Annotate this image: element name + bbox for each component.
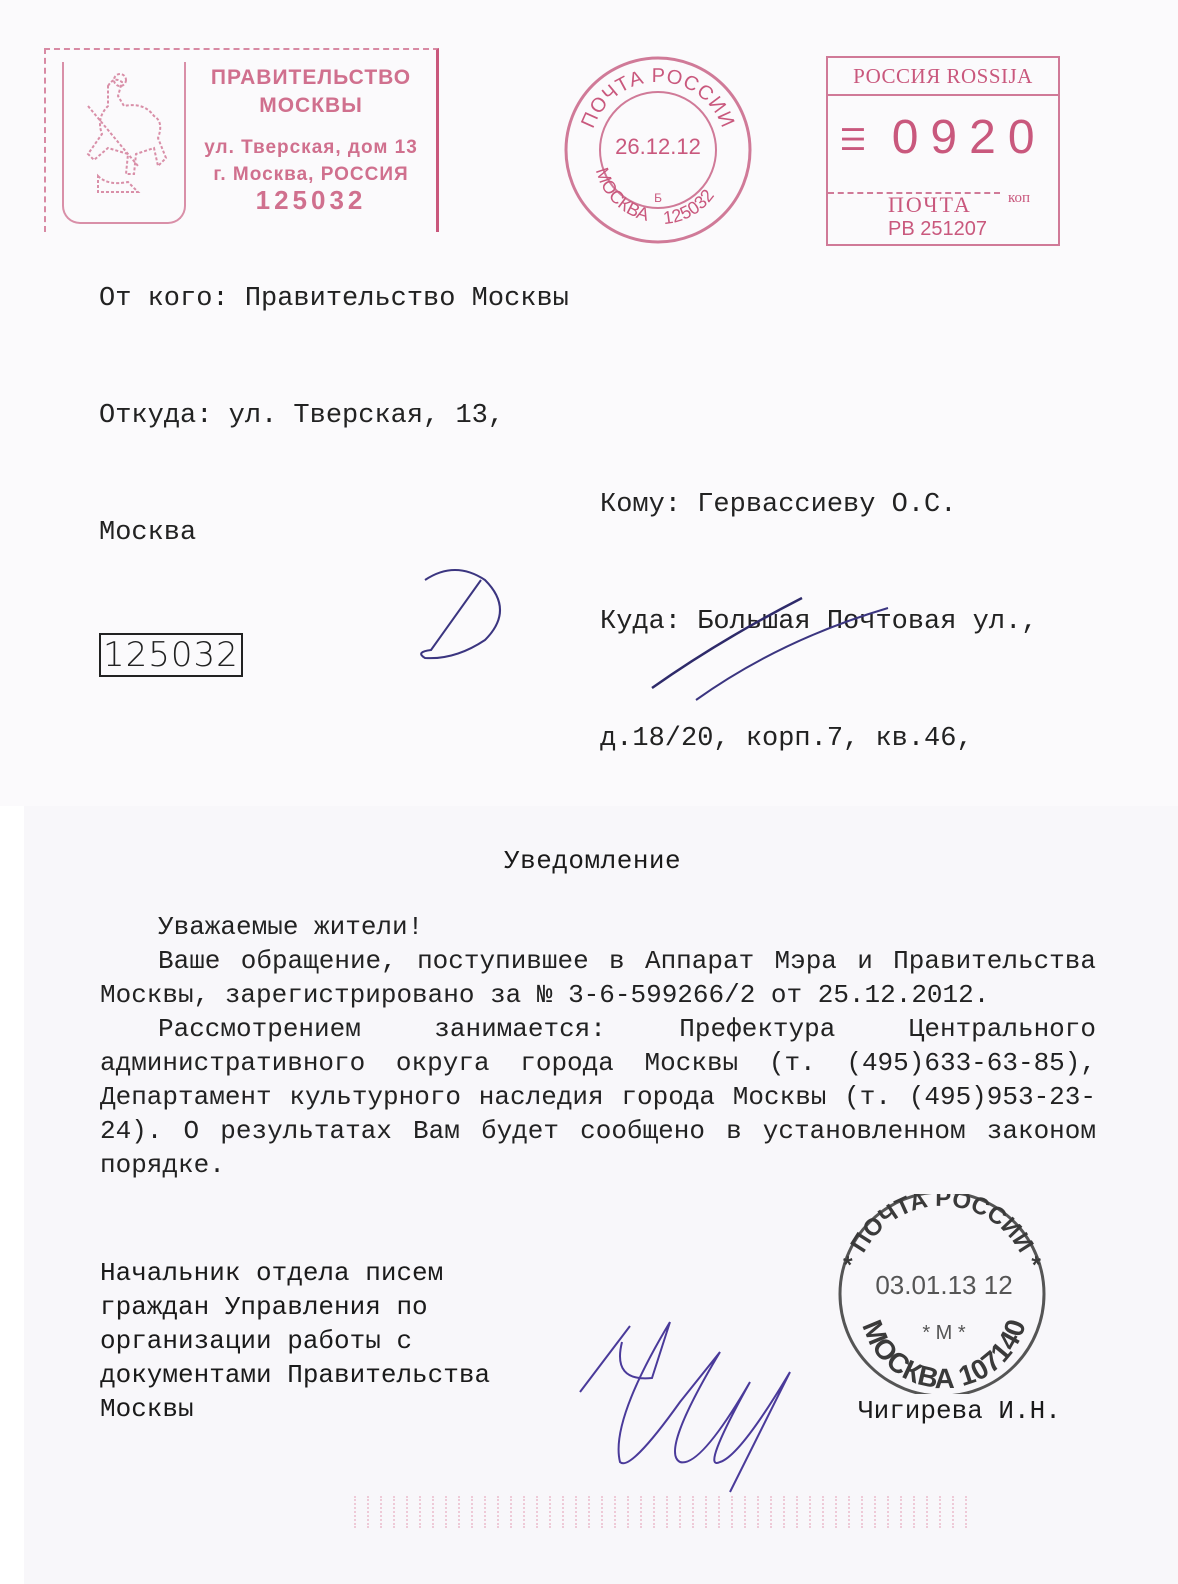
sender-zip: 125032	[99, 633, 243, 677]
handwritten-d-mark-icon	[415, 560, 525, 660]
meter-unit: коп	[1008, 190, 1030, 207]
moscow-coat-of-arms-icon	[62, 62, 186, 224]
svg-text:* ПОЧТА РОССИИ *: * ПОЧТА РОССИИ *	[838, 1194, 1047, 1272]
meter-value: ☰ 0920	[828, 110, 1058, 165]
meter-amount: 0920	[892, 111, 1047, 164]
postmark-circle-icon: * ПОЧТА РОССИИ * МОСКВА 107140 03.01.13 …	[824, 1194, 1064, 1394]
postmark-circle-icon: ПОЧТА РОССИИ МОСКВА 125032 26.12.12 Б	[560, 52, 756, 248]
sender-block: От кого: Правительство Москвы Откуда: ул…	[99, 202, 569, 758]
postmark-moscow-125032: ПОЧТА РОССИИ МОСКВА 125032 26.12.12 Б	[560, 52, 756, 248]
gov-stamp-line3: ул. Тверская, дом 13	[188, 134, 434, 162]
letter-body: Уважаемые жители! Ваше обращение, поступ…	[100, 910, 1096, 1182]
meter-country: РОССИЯ ROSSIJA	[828, 58, 1058, 96]
notification-letter: Уведомление Уважаемые жители! Ваше обращ…	[24, 806, 1178, 1584]
sender-address-line1: Откуда: ул. Тверская, 13,	[99, 397, 569, 436]
envelope: ПРАВИТЕЛЬСТВО МОСКВЫ ул. Тверская, дом 1…	[0, 0, 1178, 806]
postmark2-letter: * М *	[922, 1322, 966, 1344]
svg-text:26.12.12: 26.12.12	[615, 134, 701, 159]
postmark2-date: 03.01.13 12	[875, 1270, 1012, 1300]
barcode-marks	[354, 1496, 1074, 1528]
recipient-address-line2: д.18/20, корп.7, кв.46,	[600, 720, 1037, 759]
meter-code: PB 251207	[888, 218, 987, 241]
letter-title: Уведомление	[504, 846, 681, 876]
meter-bars-icon: ☰	[839, 124, 866, 157]
letter-greeting: Уважаемые жители!	[100, 910, 1096, 944]
letter-paragraph-2: Рассмотрением занимается: Префектура Цен…	[100, 1012, 1096, 1182]
signatory-name: Чигирева И.Н.	[858, 1396, 1061, 1426]
handwritten-strokes-icon	[640, 590, 900, 710]
signature-icon	[550, 1312, 820, 1502]
sender-from: От кого: Правительство Москвы	[99, 280, 569, 319]
postmark-moscow-107140: * ПОЧТА РОССИИ * МОСКВА 107140 03.01.13 …	[824, 1194, 1064, 1399]
signatory-title: Начальник отдела писем граждан Управлени…	[100, 1256, 490, 1426]
svg-text:ПОЧТА РОССИИ: ПОЧТА РОССИИ	[577, 65, 738, 131]
letter-paragraph-1: Ваше обращение, поступившее в Аппарат Мэ…	[100, 944, 1096, 1012]
meter-service: ПОЧТА	[888, 192, 972, 218]
postage-meter-stamp: РОССИЯ ROSSIJA ☰ 0920 ПОЧТА коп PB 25120…	[826, 56, 1060, 246]
svg-text:Б: Б	[654, 191, 662, 205]
gov-stamp-text: ПРАВИТЕЛЬСТВО МОСКВЫ ул. Тверская, дом 1…	[188, 64, 434, 212]
gov-stamp-line1: ПРАВИТЕЛЬСТВО	[188, 64, 434, 92]
postmark2-top-arc: * ПОЧТА РОССИИ *	[838, 1194, 1047, 1272]
sender-address-line2: Москва	[99, 514, 569, 553]
recipient-to: Кому: Гервассиеву О.С.	[600, 486, 1037, 525]
svg-text:МОСКВА: МОСКВА	[592, 165, 652, 225]
gov-stamp-line2: МОСКВЫ	[188, 92, 434, 120]
